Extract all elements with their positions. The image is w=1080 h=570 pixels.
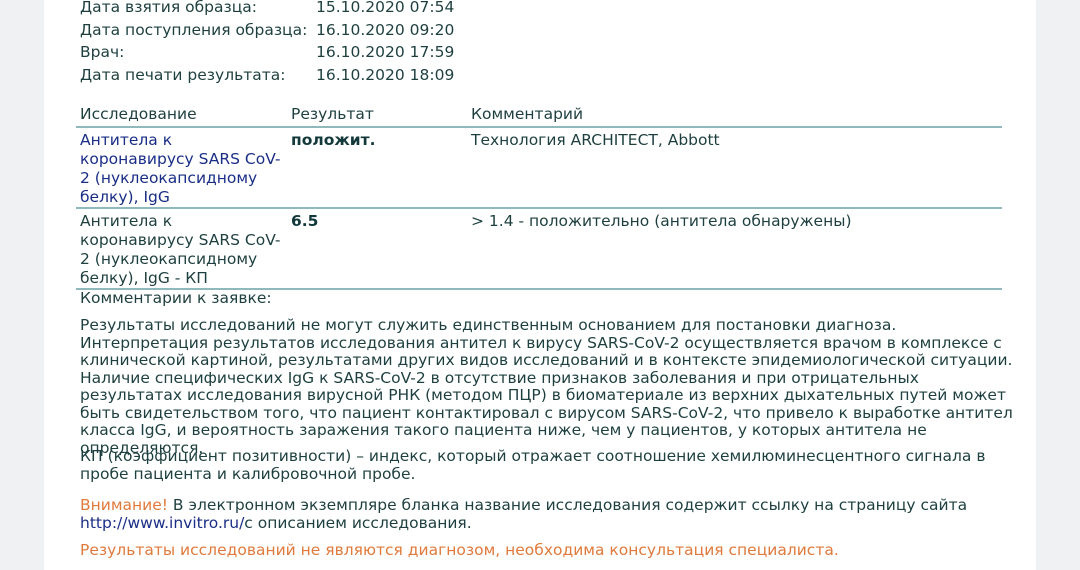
result-cell: положит.: [287, 127, 467, 208]
invitro-link[interactable]: http://www.invitro.ru/: [80, 514, 244, 532]
meta-row-print-date: Дата печати результата: 16.10.2020 18:09: [80, 64, 454, 87]
meta-row-sample-received: Дата поступления образца: 16.10.2020 09:…: [80, 19, 454, 42]
result-value: положит.: [291, 131, 376, 149]
header-comment: Комментарий: [467, 104, 1002, 127]
study-link[interactable]: Антитела к коронавирусу SARS CoV-2 (нукл…: [80, 131, 281, 206]
results-table: Исследование Результат Комментарий Антит…: [76, 104, 1002, 290]
notice-paragraph: Внимание! В электронном экземпляре бланк…: [80, 497, 1020, 532]
header-result: Результат: [287, 104, 467, 127]
comment-cell: > 1.4 - положительно (антитела обнаружен…: [467, 208, 1002, 289]
meta-value: 16.10.2020 17:59: [316, 41, 454, 64]
interpretation-paragraph: Результаты исследований не могут служить…: [80, 317, 1020, 457]
warning-label: Внимание!: [80, 496, 168, 514]
meta-value: 15.10.2020 07:54: [316, 0, 454, 19]
result-cell: 6.5: [287, 208, 467, 289]
study-cell[interactable]: Антитела к коронавирусу SARS CoV-2 (нукл…: [76, 127, 287, 208]
study-name: Антитела к коронавирусу SARS CoV-2 (нукл…: [80, 212, 281, 287]
sample-info: Дата взятия образца: 15.10.2020 07:54 Да…: [80, 0, 454, 86]
notice-text-after: с описанием исследования.: [244, 514, 471, 532]
meta-label: Дата взятия образца:: [80, 0, 316, 19]
comments-title: Комментарии к заявке:: [80, 288, 272, 308]
kp-definition-paragraph: КП (коэффициент позитивности) – индекс, …: [80, 448, 1020, 483]
disclaimer: Результаты исследований не являются диаг…: [80, 542, 1020, 560]
meta-label: Врач:: [80, 41, 316, 64]
table-row: Антитела к коронавирусу SARS CoV-2 (нукл…: [76, 208, 1002, 289]
meta-value: 16.10.2020 09:20: [316, 19, 454, 42]
comment-cell: Технология ARCHITECT, Abbott: [467, 127, 1002, 208]
study-cell: Антитела к коронавирусу SARS CoV-2 (нукл…: [76, 208, 287, 289]
meta-label: Дата поступления образца:: [80, 19, 316, 42]
meta-row-sample-taken: Дата взятия образца: 15.10.2020 07:54: [80, 0, 454, 19]
meta-value: 16.10.2020 18:09: [316, 64, 454, 87]
header-study: Исследование: [76, 104, 287, 127]
meta-label: Дата печати результата:: [80, 64, 316, 87]
meta-row-doctor: Врач: 16.10.2020 17:59: [80, 41, 454, 64]
table-row: Антитела к коронавирусу SARS CoV-2 (нукл…: [76, 127, 1002, 208]
result-value: 6.5: [291, 212, 318, 230]
notice-text: В электронном экземпляре бланка название…: [168, 496, 967, 514]
lab-result-document: Дата взятия образца: 15.10.2020 07:54 Да…: [44, 0, 1036, 570]
table-header-row: Исследование Результат Комментарий: [76, 104, 1002, 127]
